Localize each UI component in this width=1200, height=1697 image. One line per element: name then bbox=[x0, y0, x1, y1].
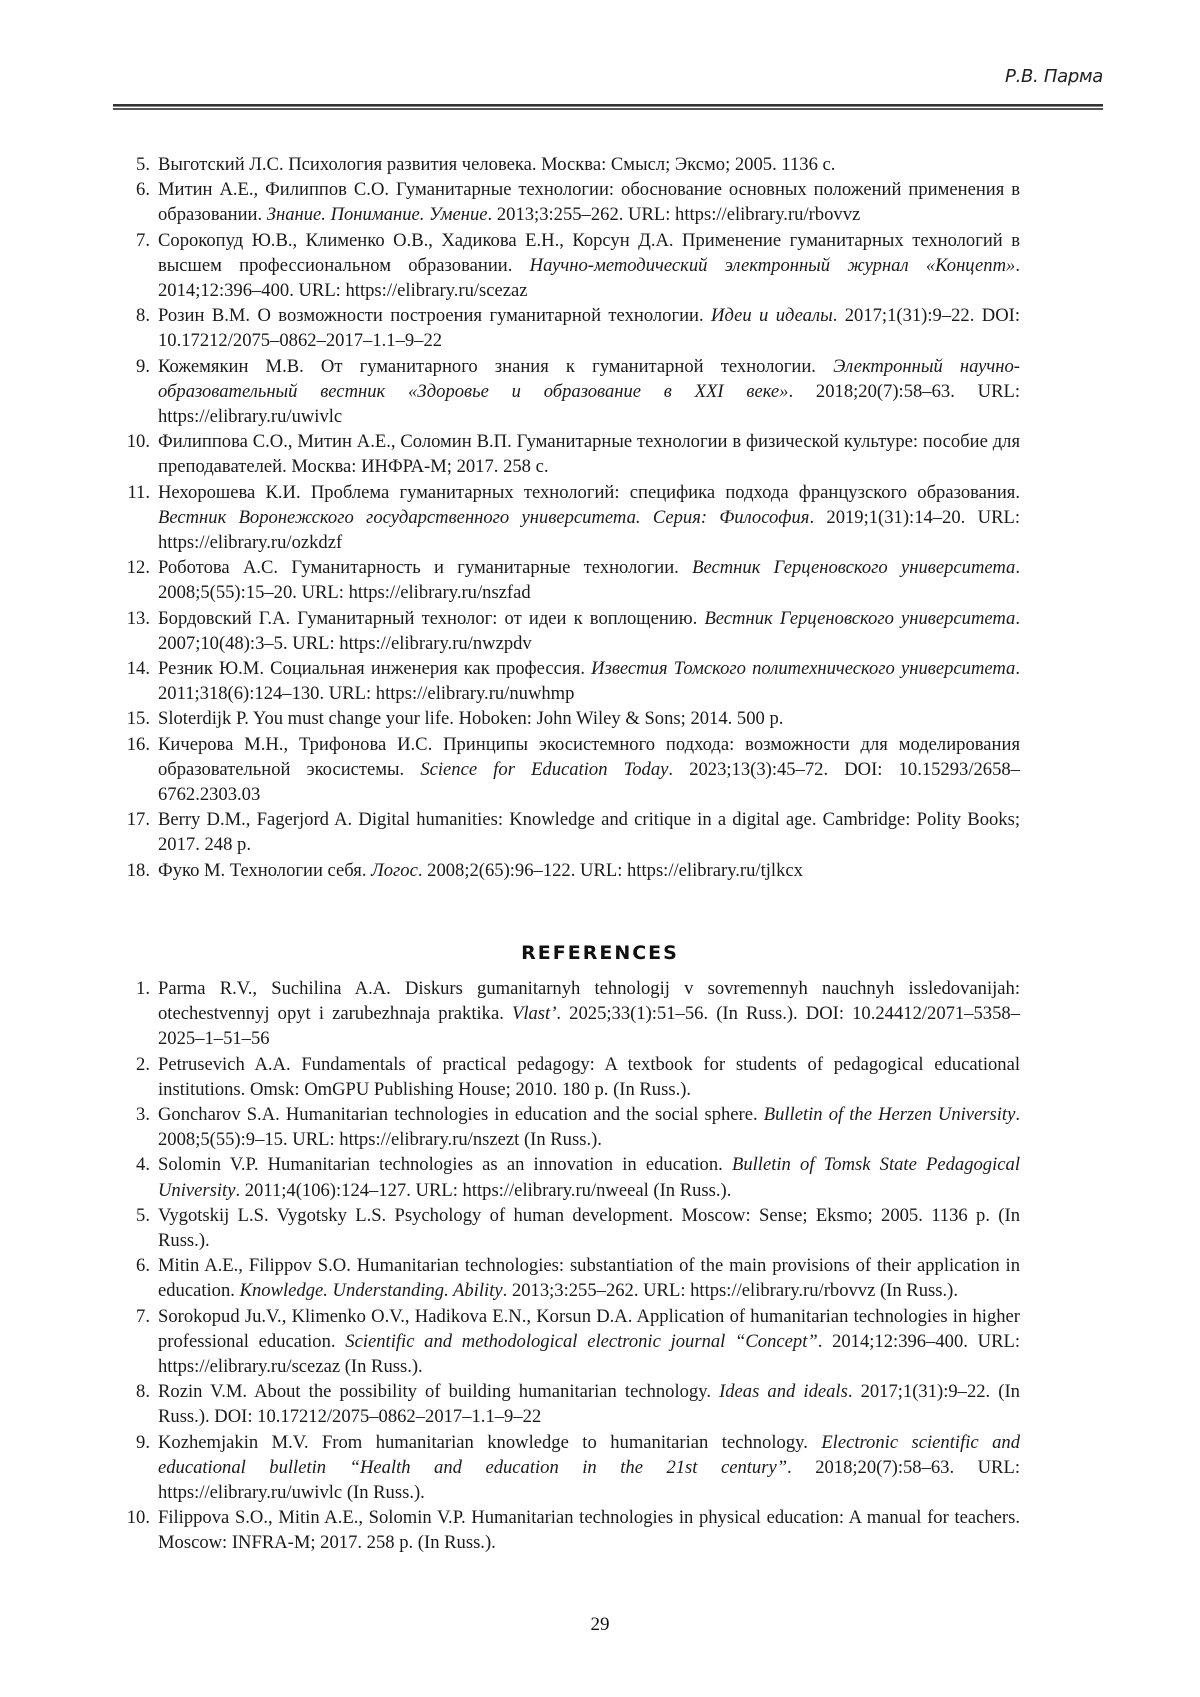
reference-text: Кичерова М.Н., Трифонова И.С. Принципы э… bbox=[158, 732, 1020, 808]
reference-main-text: Petrusevich A.A. Fundamentals of practic… bbox=[158, 1054, 1020, 1100]
reference-item: 6.Mitin A.E., Filippov S.O. Humanitarian… bbox=[120, 1253, 1020, 1303]
reference-main-text: Нехорошева К.И. Проблема гуманитарных те… bbox=[158, 482, 1020, 503]
reference-text: Kozhemjakin M.V. From humanitarian knowl… bbox=[158, 1430, 1020, 1506]
reference-source-title: Knowledge. Understanding. Ability bbox=[240, 1280, 503, 1301]
reference-item: 13.Бордовский Г.А. Гуманитарный технолог… bbox=[120, 606, 1020, 656]
reference-main-text: Выготский Л.С. Психология развития челов… bbox=[158, 154, 835, 175]
reference-text: Sloterdijk P. You must change your life.… bbox=[158, 706, 1020, 731]
reference-item: 10.Филиппова С.О., Митин А.Е., Соломин В… bbox=[120, 429, 1020, 479]
reference-details: . 2013;3:255–262. URL: https://elibrary.… bbox=[488, 204, 861, 225]
reference-number: 15. bbox=[120, 706, 158, 731]
reference-item: 9.Kozhemjakin M.V. From humanitarian kno… bbox=[120, 1430, 1020, 1506]
reference-source-title: Знание. Понимание. Умение bbox=[267, 204, 488, 225]
reference-item: 6.Митин А.Е., Филиппов С.О. Гуманитарные… bbox=[120, 177, 1020, 227]
reference-main-text: Berry D.M., Fagerjord A. Digital humanit… bbox=[158, 809, 1020, 855]
reference-number: 4. bbox=[120, 1152, 158, 1177]
reference-source-title: Scientific and methodological electronic… bbox=[345, 1331, 817, 1352]
reference-number: 8. bbox=[120, 1379, 158, 1404]
reference-main-text: Goncharov S.A. Humanitarian technologies… bbox=[158, 1104, 764, 1125]
reference-item: 15.Sloterdijk P. You must change your li… bbox=[120, 706, 1020, 731]
reference-source-title: Bulletin of the Herzen University bbox=[764, 1104, 1016, 1125]
reference-item: 9.Кожемякин М.В. От гуманитарного знания… bbox=[120, 354, 1020, 430]
reference-details: . 2013;3:255–262. URL: https://elibrary.… bbox=[503, 1280, 958, 1301]
reference-item: 7.Сорокопуд Ю.В., Клименко О.В., Хадиков… bbox=[120, 228, 1020, 304]
reference-number: 14. bbox=[120, 656, 158, 681]
reference-number: 7. bbox=[120, 1304, 158, 1329]
reference-number: 10. bbox=[120, 429, 158, 454]
reference-text: Sorokopud Ju.V., Klimenko O.V., Hadikova… bbox=[158, 1304, 1020, 1380]
reference-text: Parma R.V., Suchilina A.A. Diskurs guman… bbox=[158, 976, 1020, 1052]
reference-main-text: Кожемякин М.В. От гуманитарного знания к… bbox=[158, 356, 833, 377]
reference-text: Выготский Л.С. Психология развития челов… bbox=[158, 152, 1020, 177]
reference-text: Vygotskij L.S. Vygotsky L.S. Psychology … bbox=[158, 1203, 1020, 1253]
page-number: 29 bbox=[0, 1614, 1200, 1636]
reference-item: 4.Solomin V.P. Humanitarian technologies… bbox=[120, 1152, 1020, 1202]
reference-text: Filippova S.O., Mitin A.E., Solomin V.P.… bbox=[158, 1505, 1020, 1555]
reference-source-title: Ideas and ideals bbox=[719, 1381, 848, 1402]
reference-number: 10. bbox=[120, 1505, 158, 1530]
reference-main-text: Rozin V.M. About the possibility of buil… bbox=[158, 1381, 719, 1402]
reference-text: Goncharov S.A. Humanitarian technologies… bbox=[158, 1102, 1020, 1152]
reference-text: Роботова А.С. Гуманитарность и гуманитар… bbox=[158, 555, 1020, 605]
reference-item: 16.Кичерова М.Н., Трифонова И.С. Принцип… bbox=[120, 732, 1020, 808]
reference-number: 13. bbox=[120, 606, 158, 631]
reference-number: 11. bbox=[120, 480, 158, 505]
reference-text: Митин А.Е., Филиппов С.О. Гуманитарные т… bbox=[158, 177, 1020, 227]
reference-number: 7. bbox=[120, 228, 158, 253]
reference-number: 5. bbox=[120, 152, 158, 177]
reference-number: 18. bbox=[120, 858, 158, 883]
reference-details: . 2011;4(106):124–127. URL: https://elib… bbox=[235, 1180, 731, 1201]
reference-item: 8.Rozin V.M. About the possibility of bu… bbox=[120, 1379, 1020, 1429]
reference-text: Сорокопуд Ю.В., Клименко О.В., Хадикова … bbox=[158, 228, 1020, 304]
reference-source-title: Вестник Воронежского государственного ун… bbox=[158, 507, 809, 528]
reference-number: 12. bbox=[120, 555, 158, 580]
reference-source-title: Vlast’ bbox=[512, 1003, 556, 1024]
reference-main-text: Фуко М. Технологии себя. bbox=[158, 860, 371, 881]
reference-number: 6. bbox=[120, 177, 158, 202]
russian-reference-list: 5.Выготский Л.С. Психология развития чел… bbox=[120, 152, 1020, 883]
reference-item: 18.Фуко М. Технологии себя. Логос. 2008;… bbox=[120, 858, 1020, 883]
reference-number: 3. bbox=[120, 1102, 158, 1127]
reference-item: 1.Parma R.V., Suchilina A.A. Diskurs gum… bbox=[120, 976, 1020, 1052]
reference-source-title: Science for Education Today bbox=[420, 759, 668, 780]
reference-item: 5.Выготский Л.С. Психология развития чел… bbox=[120, 152, 1020, 177]
reference-text: Розин В.М. О возможности построения гума… bbox=[158, 303, 1020, 353]
reference-text: Бордовский Г.А. Гуманитарный технолог: о… bbox=[158, 606, 1020, 656]
reference-text: Филиппова С.О., Митин А.Е., Соломин В.П.… bbox=[158, 429, 1020, 479]
running-head-author: Р.В. Парма bbox=[1005, 66, 1103, 87]
reference-number: 5. bbox=[120, 1203, 158, 1228]
reference-text: Petrusevich A.A. Fundamentals of practic… bbox=[158, 1052, 1020, 1102]
reference-main-text: Розин В.М. О возможности построения гума… bbox=[158, 305, 711, 326]
reference-item: 10.Filippova S.O., Mitin A.E., Solomin V… bbox=[120, 1505, 1020, 1555]
reference-item: 3.Goncharov S.A. Humanitarian technologi… bbox=[120, 1102, 1020, 1152]
reference-main-text: Sloterdijk P. You must change your life.… bbox=[158, 708, 783, 729]
reference-text: Rozin V.M. About the possibility of buil… bbox=[158, 1379, 1020, 1429]
reference-number: 8. bbox=[120, 303, 158, 328]
reference-text: Резник Ю.М. Социальная инженерия как про… bbox=[158, 656, 1020, 706]
reference-main-text: Solomin V.P. Humanitarian technologies a… bbox=[158, 1154, 732, 1175]
reference-main-text: Kozhemjakin M.V. From humanitarian knowl… bbox=[158, 1432, 821, 1453]
reference-item: 11.Нехорошева К.И. Проблема гуманитарных… bbox=[120, 480, 1020, 556]
reference-main-text: Филиппова С.О., Митин А.Е., Соломин В.П.… bbox=[158, 431, 1020, 477]
reference-main-text: Vygotskij L.S. Vygotsky L.S. Psychology … bbox=[158, 1205, 1020, 1251]
reference-item: 17.Berry D.M., Fagerjord A. Digital huma… bbox=[120, 807, 1020, 857]
reference-text: Berry D.M., Fagerjord A. Digital humanit… bbox=[158, 807, 1020, 857]
reference-details: . 2008;2(65):96–122. URL: https://elibra… bbox=[418, 860, 803, 881]
reference-text: Нехорошева К.И. Проблема гуманитарных те… bbox=[158, 480, 1020, 556]
reference-number: 6. bbox=[120, 1253, 158, 1278]
reference-source-title: Вестник Герценовского университета bbox=[692, 557, 1015, 578]
reference-item: 8.Розин В.М. О возможности построения гу… bbox=[120, 303, 1020, 353]
reference-item: 7.Sorokopud Ju.V., Klimenko O.V., Hadiko… bbox=[120, 1304, 1020, 1380]
reference-number: 9. bbox=[120, 1430, 158, 1455]
reference-item: 5.Vygotskij L.S. Vygotsky L.S. Psycholog… bbox=[120, 1203, 1020, 1253]
header-divider bbox=[113, 104, 1103, 110]
reference-main-text: Резник Ю.М. Социальная инженерия как про… bbox=[158, 658, 591, 679]
references-heading: REFERENCES bbox=[0, 942, 1200, 964]
reference-text: Фуко М. Технологии себя. Логос. 2008;2(6… bbox=[158, 858, 1020, 883]
reference-item: 12.Роботова А.С. Гуманитарность и гумани… bbox=[120, 555, 1020, 605]
reference-source-title: Известия Томского политехнического униве… bbox=[591, 658, 1015, 679]
reference-main-text: Роботова А.С. Гуманитарность и гуманитар… bbox=[158, 557, 692, 578]
reference-main-text: Бордовский Г.А. Гуманитарный технолог: о… bbox=[158, 608, 704, 629]
reference-text: Solomin V.P. Humanitarian technologies a… bbox=[158, 1152, 1020, 1202]
reference-number: 9. bbox=[120, 354, 158, 379]
reference-source-title: Логос bbox=[371, 860, 418, 881]
reference-source-title: Идеи и идеалы bbox=[711, 305, 833, 326]
reference-text: Кожемякин М.В. От гуманитарного знания к… bbox=[158, 354, 1020, 430]
reference-item: 2.Petrusevich A.A. Fundamentals of pract… bbox=[120, 1052, 1020, 1102]
reference-number: 1. bbox=[120, 976, 158, 1001]
reference-text: Mitin A.E., Filippov S.O. Humanitarian t… bbox=[158, 1253, 1020, 1303]
reference-number: 2. bbox=[120, 1052, 158, 1077]
reference-item: 14.Резник Ю.М. Социальная инженерия как … bbox=[120, 656, 1020, 706]
reference-source-title: Вестник Герценовского университета bbox=[704, 608, 1015, 629]
english-reference-list: 1.Parma R.V., Suchilina A.A. Diskurs gum… bbox=[120, 976, 1020, 1556]
reference-number: 17. bbox=[120, 807, 158, 832]
reference-main-text: Filippova S.O., Mitin A.E., Solomin V.P.… bbox=[158, 1507, 1020, 1553]
reference-source-title: Научно-методический электронный журнал «… bbox=[530, 255, 1016, 276]
reference-number: 16. bbox=[120, 732, 158, 757]
